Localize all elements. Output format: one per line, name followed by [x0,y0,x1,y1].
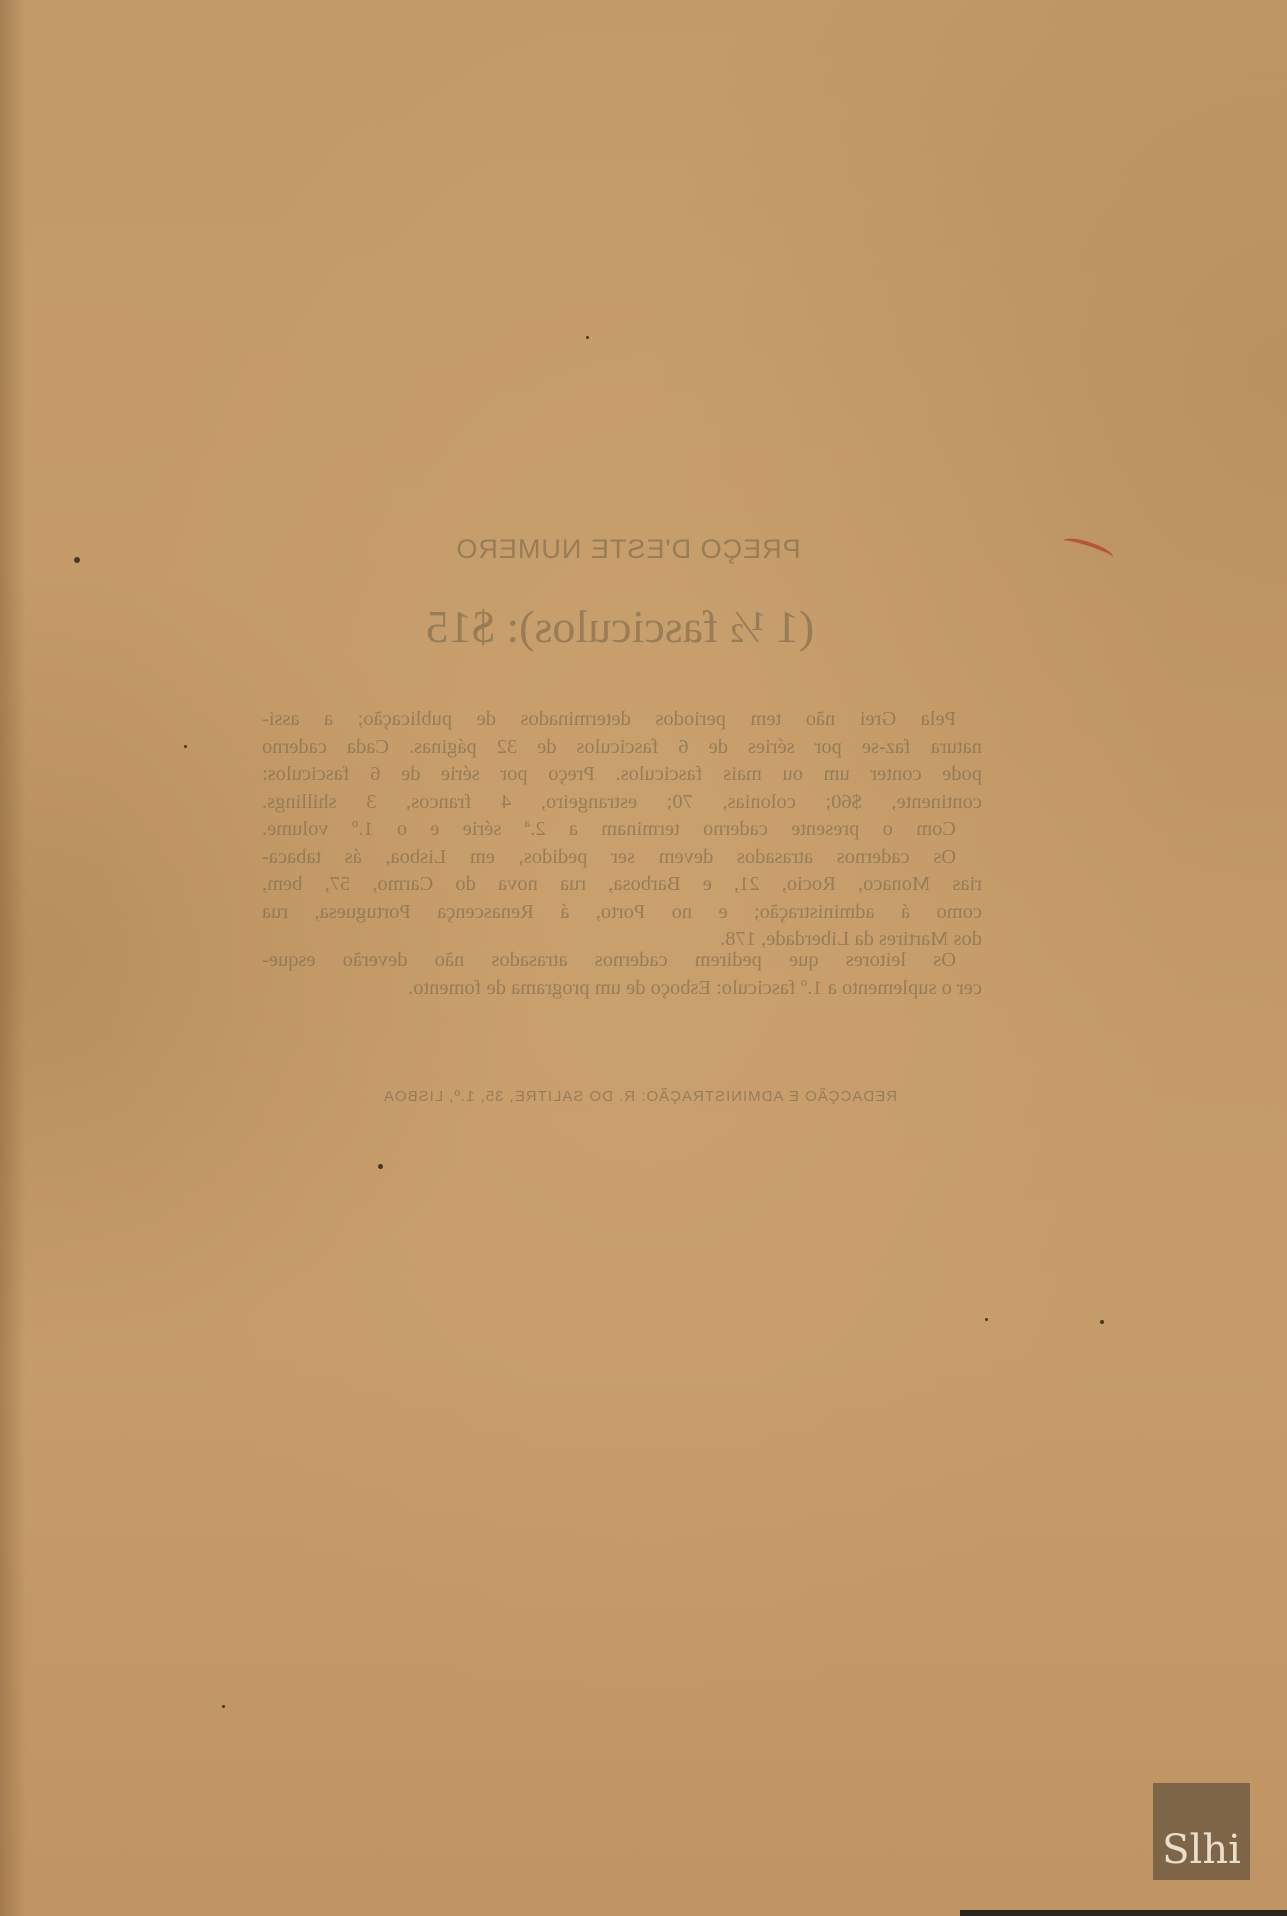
paper-spot [1100,1320,1104,1324]
paper-spot [586,336,589,339]
price-line: (1 ½ fasciculos): $15 [360,600,880,653]
text-line: continente, $60; colonias, 70; estrangei… [262,789,982,817]
text-line: como á administração; e no Porto, á Rena… [262,899,982,927]
logo-text: Slhi [1162,1830,1241,1870]
text-line: Pela Grei não tem periodos determinados … [262,706,982,734]
text-line: natura faz-se por séries de 6 fasciculos… [262,734,982,762]
back-issues-paragraph: Os leitores que pedirem cadernos atrasad… [262,947,982,1002]
subscription-paragraph: Pela Grei não tem periodos determinados … [262,706,982,954]
address-footer: REDACÇÃO E ADMINISTRAÇÃO: R. DO SALITRE,… [300,1088,980,1105]
paper-spot [985,1318,988,1321]
paper-spot [222,1705,225,1708]
price-heading: PREÇO D'ESTE NUMERO [398,534,858,565]
text-line: pode conter um ou mais fasciculos. Preço… [262,761,982,789]
text-line: Os leitores que pedirem cadernos atrasad… [262,947,982,975]
paper-spot [74,557,80,563]
text-line: cer o suplemento a 1.º fasciculo: Esboço… [262,975,982,1003]
scan-edge [960,1910,1287,1916]
paper-spot [378,1164,383,1169]
text-line: Os cadernos atrasados devem ser pedidos,… [262,844,982,872]
text-line: Com o presente caderno terminam a 2.ª sé… [262,816,982,844]
library-logo: Slhi [1153,1783,1250,1880]
paper-spot [184,745,187,748]
text-line: rias Monaco, Rocio, 21, e Barbosa, rua n… [262,871,982,899]
